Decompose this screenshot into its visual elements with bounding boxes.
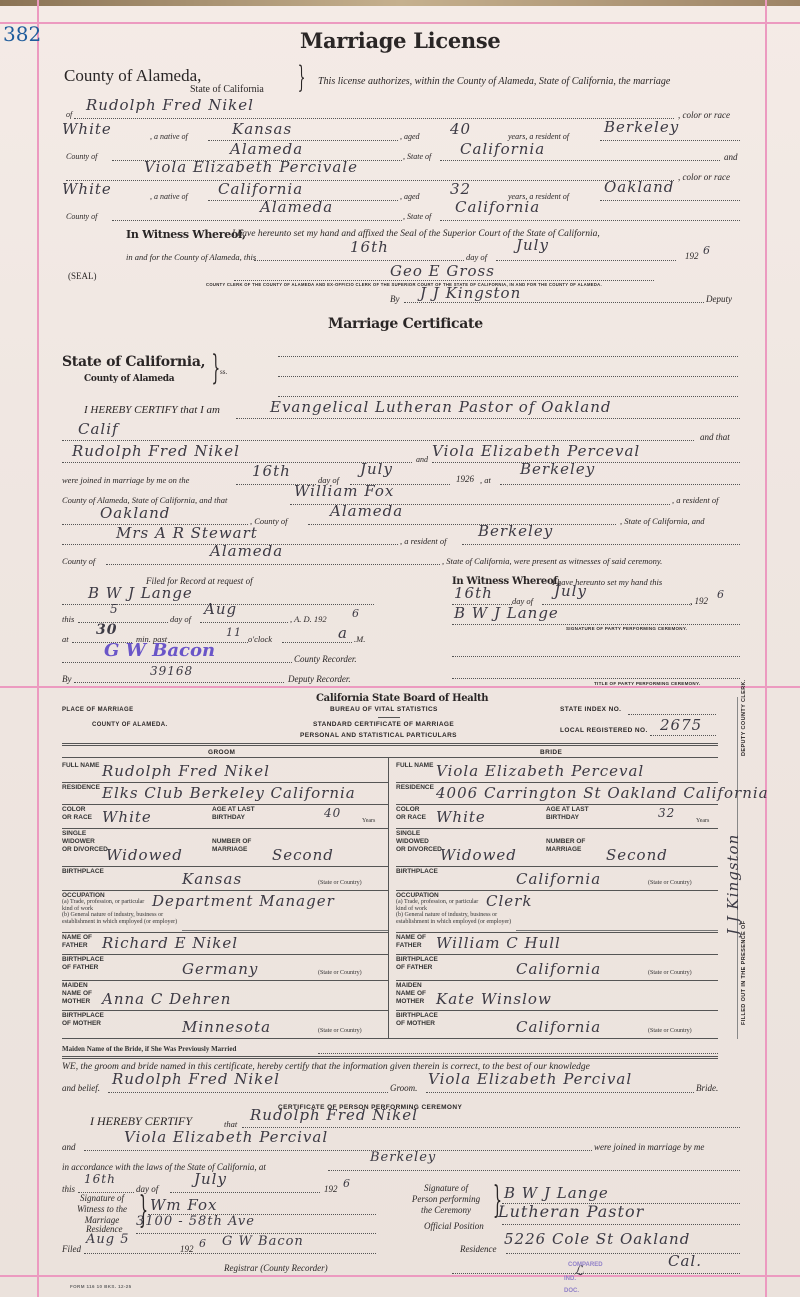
performer-signature: B W J Lange: [454, 604, 559, 622]
dotted-line: [106, 564, 440, 565]
county-alameda-label: COUNTY OF ALAMEDA.: [92, 722, 168, 728]
field-label: BIRTHDAY: [546, 814, 579, 822]
sig-person-label: Signature of Person performing the Cerem…: [404, 1183, 488, 1216]
field-label: SINGLE: [62, 830, 86, 838]
county-recorder-label: County Recorder.: [294, 654, 357, 664]
dotted-line: [74, 682, 284, 683]
dotted-line: [74, 118, 674, 119]
field-label: OR RACE: [62, 814, 92, 822]
dotted-line: [170, 1192, 320, 1193]
field-rule: [62, 1010, 388, 1011]
at-label: , at: [480, 475, 491, 485]
side-label-top: DEPUTY COUNTY CLERK.: [741, 679, 747, 756]
field-label: COLOR: [62, 806, 85, 814]
dotted-line: [328, 1170, 740, 1171]
at-label: at: [62, 634, 69, 644]
bride-field-value: Viola Elizabeth Perceval: [436, 762, 644, 780]
filed-by: B W J Lange: [88, 584, 193, 602]
divider: [378, 717, 400, 718]
dotted-line: [542, 604, 692, 605]
of-label: of: [66, 110, 72, 119]
margin-line-left: [37, 0, 39, 1297]
bride-race: White: [62, 180, 112, 198]
field-label: (State or Country): [648, 1028, 692, 1035]
field-label: (State or Country): [648, 970, 692, 977]
year-prefix: 192: [685, 251, 699, 261]
field-label: BIRTHPLACE: [62, 956, 104, 964]
sig-witness-line: Witness to the: [70, 1204, 134, 1215]
clerk-title: COUNTY CLERK OF THE COUNTY OF ALAMEDA AN…: [206, 282, 602, 287]
native-of-label: , a native of: [150, 192, 188, 201]
field-label: FULL NAME: [62, 762, 99, 770]
bride-marriage-number: Second: [606, 846, 668, 864]
field-label: RESIDENCE: [396, 784, 434, 792]
groom-field-value: Department Manager: [152, 892, 335, 910]
field-label: MOTHER: [396, 998, 424, 1006]
field-label: (a) Trade, profession, or particular kin…: [396, 899, 484, 913]
bride-field-value: 4006 Carrington St Oakland California: [436, 784, 769, 802]
doc-stamp: DOC.: [564, 1288, 579, 1294]
field-rule: [62, 890, 388, 891]
field-rule: [396, 954, 718, 955]
groom-field-value: Widowed: [106, 846, 183, 864]
cert-party1: Rudolph Fred Nikel: [72, 442, 240, 460]
dotted-line: [66, 180, 674, 181]
filed-ampm: a: [338, 624, 348, 642]
witness-signature: Wm Fox: [150, 1196, 218, 1214]
dotted-line: [650, 735, 716, 736]
filed-year-suffix: 6: [352, 607, 360, 620]
dotted-line: [600, 200, 740, 201]
filed-year-suffix: 6: [199, 1237, 207, 1250]
dotted-line: [62, 440, 694, 441]
dotted-line: [112, 220, 402, 221]
field-label: (State or Country): [318, 880, 362, 887]
dotted-line: [426, 1092, 694, 1093]
form-number: FORM 116 10 BKS. 12-25: [70, 1284, 132, 1289]
dotted-line: [500, 484, 740, 485]
witness1-city: Oakland: [100, 504, 170, 522]
bride-age: 32: [658, 806, 675, 820]
bureau-label: BUREAU OF VITAL STATISTICS: [330, 706, 438, 713]
field-label: SINGLE: [396, 830, 420, 838]
side-label-bottom: FILLED OUT IN THE PRESENCE OF: [741, 921, 747, 1026]
license-month: July: [516, 236, 549, 254]
dotted-line: [600, 140, 740, 141]
aged-label: , aged: [400, 132, 420, 141]
board-title: California State Board of Health: [316, 693, 488, 704]
witness2-city: Berkeley: [478, 522, 553, 540]
groom-field-value: Germany: [182, 960, 258, 978]
field-label: OF MOTHER: [396, 1020, 435, 1028]
sign-day: 16th: [454, 584, 493, 602]
table-rule: [62, 743, 718, 746]
joined-label: were joined in marriage by me on the: [62, 475, 189, 485]
cert-place: Berkeley: [520, 460, 595, 478]
groom-field-value: Minnesota: [182, 1018, 271, 1036]
mid-rule: [0, 686, 800, 688]
cert-party2-sig: Viola Elizabeth Percival: [124, 1128, 328, 1146]
particulars-label: PERSONAL AND STATISTICAL PARTICULARS: [300, 732, 457, 739]
dotted-line: [452, 1273, 740, 1274]
field-rule: [62, 804, 388, 805]
field-label: NAME OF: [62, 934, 92, 942]
field-label: (b) General nature of industry, business…: [396, 912, 516, 926]
bride-label: Bride.: [696, 1083, 718, 1093]
year-prefix: , 192: [690, 596, 708, 606]
groom-label: Groom.: [390, 1083, 417, 1093]
filed-date: Aug 5: [86, 1232, 130, 1247]
state-of-label: , State of: [403, 152, 431, 161]
certificate-title: Marriage Certificate: [328, 316, 483, 332]
field-label: OF FATHER: [396, 964, 432, 972]
field-label: (State or Country): [318, 1028, 362, 1035]
dotted-line: [452, 624, 740, 625]
color-race-label: , color or race: [678, 172, 730, 182]
witnesses-label: , State of California, were present as w…: [442, 556, 662, 566]
dotted-line: [462, 544, 740, 545]
field-rule: [396, 866, 718, 867]
person-residence-line1: 5226 Cole St Oakland: [504, 1230, 690, 1248]
sig-witness-label: Signature of Witness to the Marriage: [70, 1193, 134, 1226]
field-rule: [396, 932, 718, 933]
native-of-label: , a native of: [150, 132, 188, 141]
bottom-rule: [0, 1275, 800, 1277]
field-rule: [62, 782, 388, 783]
bride-header: BRIDE: [540, 749, 562, 756]
dotted-line: [84, 1253, 376, 1254]
field-rule: [62, 932, 388, 933]
page-edge: [0, 0, 800, 6]
page-number: 382: [3, 22, 41, 46]
field-rule: [182, 930, 388, 931]
witness1-name: William Fox: [294, 482, 394, 500]
field-label: Years: [362, 818, 375, 825]
state-of-label: , State of: [403, 212, 431, 221]
filed-month: Aug: [204, 600, 237, 618]
field-rule: [396, 804, 718, 805]
field-rule: [62, 980, 388, 981]
field-rule: [62, 866, 388, 867]
residence-label: Residence: [460, 1244, 496, 1254]
groom-age: 40: [450, 120, 471, 138]
aged-label: , aged: [400, 192, 420, 201]
person-residence-line2: Cal.: [668, 1252, 702, 1270]
dotted-line: [496, 260, 676, 261]
field-rule: [396, 828, 718, 829]
field-label: NUMBER OF: [212, 838, 251, 846]
dotted-line: [404, 302, 704, 303]
table-rule: [62, 1038, 718, 1039]
dotted-line: [62, 662, 292, 663]
license-year-suffix: 6: [703, 244, 711, 257]
field-label: (State or Country): [318, 970, 362, 977]
field-label: MARRIAGE: [546, 846, 581, 854]
sig-person-line: Person performing: [404, 1194, 488, 1205]
field-label: BIRTHPLACE: [62, 868, 104, 876]
and-that-label: and that: [700, 432, 730, 442]
bride-state: California: [455, 198, 540, 216]
field-label: BIRTHPLACE: [396, 868, 438, 876]
field-label: COLOR: [396, 806, 419, 814]
state-and-label: , State of California, and: [620, 516, 705, 526]
authorizes-text: This license authorizes, within the Coun…: [318, 76, 670, 87]
deputy-signature: J J Kingston: [420, 284, 521, 302]
resident-of-label: , a resident of: [400, 536, 446, 546]
witness2-county: Alameda: [210, 542, 283, 560]
county-of-label: County of: [66, 212, 97, 221]
state-header: State of California: [190, 84, 264, 95]
groom-marriage-number: Second: [272, 846, 334, 864]
groom-header: GROOM: [208, 749, 235, 756]
field-label: FULL NAME: [396, 762, 433, 770]
cert-party2: Viola Elizabeth Perceval: [432, 442, 640, 460]
cert-state-header: State of California,: [62, 354, 205, 370]
brace-icon: }: [211, 348, 220, 388]
field-label: BIRTHPLACE: [62, 1012, 104, 1020]
place-of-marriage-label: PLACE OF MARRIAGE: [62, 707, 133, 713]
dotted-line: [254, 260, 464, 261]
field-rule: [516, 930, 718, 931]
field-label: FATHER: [396, 942, 422, 950]
license-title: Marriage License: [300, 28, 500, 53]
state-index-label: STATE INDEX NO.: [560, 706, 621, 713]
bride-field-value: White: [436, 808, 486, 826]
in-and-for-label: in and for the County of Alameda, this: [126, 252, 256, 262]
cert-month-sig: July: [194, 1170, 227, 1188]
dotted-line: [440, 160, 720, 161]
certify-label: I HEREBY CERTIFY that I am: [84, 404, 220, 416]
bride-resident: Oakland: [604, 178, 674, 196]
field-label: BIRTHDAY: [212, 814, 245, 822]
bride-age: 32: [450, 180, 471, 198]
bride-name: Viola Elizabeth Percivale: [144, 158, 358, 176]
filed-minutes: 30: [96, 622, 117, 638]
filed-label: Filed: [62, 1244, 81, 1254]
groom-field-value: White: [102, 808, 152, 826]
registrar-signature: G W Bacon: [222, 1234, 304, 1249]
certify-label: I HEREBY CERTIFY: [90, 1114, 192, 1129]
field-label: MARRIAGE: [212, 846, 247, 854]
by-label: By: [62, 674, 72, 684]
dotted-line: [308, 524, 616, 525]
dotted-line: [506, 1253, 740, 1254]
bride-native: California: [218, 180, 303, 198]
cert-day-sig: 16th: [84, 1172, 116, 1186]
field-rule: [396, 1010, 718, 1011]
dotted-line: [452, 656, 740, 657]
bride-field-value: Widowed: [440, 846, 517, 864]
groom-field-value: Elks Club Berkeley California: [102, 784, 356, 802]
ss-label: ss.: [220, 368, 227, 376]
groom-native: Kansas: [232, 120, 292, 138]
and-belief-label: and belief.: [62, 1083, 100, 1093]
cert-month: July: [360, 460, 393, 478]
dotted-line: [236, 418, 740, 419]
table-rule: [62, 1056, 718, 1059]
resident-of-label: , a resident of: [672, 495, 718, 505]
this-label: this: [62, 614, 74, 624]
day-of-label: day of: [466, 252, 487, 262]
witness-whereof-heading: In Witness Whereof,: [126, 228, 246, 241]
cert-county-header: County of Alameda: [84, 374, 174, 384]
dotted-line: [84, 1150, 592, 1151]
field-label: BIRTHPLACE: [396, 956, 438, 964]
ad-label: , A. D. 192: [290, 614, 327, 624]
field-label: BIRTHPLACE: [396, 1012, 438, 1020]
dotted-line: [108, 1092, 388, 1093]
filed-hour: 11: [226, 626, 242, 639]
groom-state: California: [460, 140, 545, 158]
groom-field-value: Rudolph Fred Nikel: [102, 762, 270, 780]
witness2-name: Mrs A R Stewart: [116, 524, 258, 542]
field-label: OR DIVORCED: [62, 846, 108, 854]
year-prefix: 192: [324, 1184, 338, 1194]
joined-label: were joined in marriage by me: [594, 1142, 704, 1152]
field-label: AGE AT LAST: [546, 806, 589, 814]
local-reg-value: 2675: [660, 716, 702, 734]
bride-county: Alameda: [260, 198, 333, 216]
field-label: MAIDEN: [396, 982, 422, 990]
bride-field-value: William C Hull: [436, 934, 561, 952]
sig-witness-line: Signature of: [70, 1193, 134, 1204]
groom-race: White: [62, 120, 112, 138]
m-label: .M.: [354, 634, 365, 644]
dotted-line: [278, 396, 738, 397]
bride-field-value: California: [516, 870, 601, 888]
field-rule: [62, 828, 388, 829]
registrar-label: Registrar (County Recorder): [224, 1263, 328, 1273]
dotted-line: [278, 376, 738, 377]
maiden-prev-label: Maiden Name of the Bride, if She Was Pre…: [62, 1046, 236, 1053]
groom-age: 40: [324, 806, 341, 820]
officiant-title-line2: Calif: [78, 420, 119, 438]
cert-year-suffix: 6: [343, 1177, 351, 1190]
and-label: and: [724, 152, 738, 162]
field-rule: [396, 782, 718, 783]
performer-sig-label: SIGNATURE OF PARTY PERFORMING CEREMONY.: [566, 626, 687, 631]
and-label: and: [62, 1142, 76, 1152]
county-of-label: County of: [66, 152, 97, 161]
brace-icon: }: [298, 60, 306, 95]
dotted-line: [282, 642, 352, 643]
field-label: AGE AT LAST: [212, 806, 255, 814]
local-reg-label: LOCAL REGISTERED NO.: [560, 727, 648, 734]
field-label: WIDOWED: [396, 838, 429, 846]
field-label: (a) Trade, profession, or particular kin…: [62, 899, 150, 913]
groom-county: Alameda: [230, 140, 303, 158]
field-label: NAME OF: [62, 990, 92, 998]
year-prefix: 192: [180, 1244, 194, 1254]
filed-day: 5: [110, 602, 119, 616]
record-page: 382 Marriage License County of Alameda, …: [0, 0, 800, 1297]
field-label: NAME OF: [396, 990, 426, 998]
witness1-county: Alameda: [330, 502, 403, 520]
groom-field-value: Kansas: [182, 870, 242, 888]
clerk-signature: Geo E Gross: [390, 262, 495, 280]
sig-person-line: Signature of: [404, 1183, 488, 1194]
margin-line-right: [765, 0, 767, 1297]
deputy-recorder-label: Deputy Recorder.: [288, 674, 351, 684]
seal-label: (SEAL): [68, 271, 97, 281]
record-number: 39168: [150, 664, 193, 678]
field-label: OF FATHER: [62, 964, 98, 972]
bride-signature: Viola Elizabeth Percival: [428, 1070, 632, 1088]
dotted-line: [234, 280, 654, 281]
groom-resident: Berkeley: [604, 118, 679, 136]
by-label: By: [390, 294, 400, 304]
cert-party1-sig: Rudolph Fred Nikel: [250, 1106, 418, 1124]
groom-signature: Rudolph Fred Nikel: [112, 1070, 280, 1088]
field-rule: [396, 890, 718, 891]
dotted-line: [278, 356, 738, 357]
field-label: OR DIVORCED: [396, 846, 442, 854]
top-rule: [0, 22, 800, 24]
bride-field-value: Kate Winslow: [436, 990, 552, 1008]
deputy-label: Deputy: [706, 294, 732, 304]
day-of-label: day of: [170, 614, 191, 624]
initials: ℒ: [574, 1264, 584, 1279]
field-label: NUMBER OF: [546, 838, 585, 846]
table-rule: [62, 757, 718, 758]
dotted-line: [502, 1224, 740, 1225]
person-signature: B W J Lange: [504, 1184, 609, 1202]
oclock-label: o'clock: [248, 634, 272, 644]
performer-title-label: TITLE OF PARTY PERFORMING CEREMONY.: [594, 681, 700, 686]
bride-field-value: California: [516, 1018, 601, 1036]
and-label: and: [416, 455, 428, 464]
county-header: County of Alameda,: [64, 66, 201, 86]
field-rule: [62, 954, 388, 955]
groom-field-value: Richard E Nikel: [102, 934, 238, 952]
field-label: OF MOTHER: [62, 1020, 101, 1028]
officiant-title-line1: Evangelical Lutheran Pastor of Oakland: [270, 398, 611, 416]
field-label: OR RACE: [396, 814, 426, 822]
field-label: (b) General nature of industry, business…: [62, 912, 182, 926]
official-position: Lutheran Pastor: [498, 1202, 644, 1221]
cert-place-sig: Berkeley: [370, 1150, 436, 1165]
side-signature: J J Kingston: [724, 834, 742, 935]
groom-field-value: Anna C Dehren: [102, 990, 231, 1008]
dotted-line: [318, 1053, 718, 1054]
sig-person-line: the Ceremony: [404, 1205, 488, 1216]
groom-name: Rudolph Fred Nikel: [86, 96, 254, 114]
field-label: Years: [696, 818, 709, 825]
sign-year-suffix: 6: [717, 588, 725, 601]
dotted-line: [452, 678, 740, 679]
color-race-label: , color or race: [678, 110, 730, 120]
column-divider: [388, 757, 389, 1039]
field-label: FATHER: [62, 942, 88, 950]
cert-day: 16th: [252, 462, 291, 480]
field-label: RESIDENCE: [62, 784, 100, 792]
county-of-label: County of: [62, 556, 95, 566]
bride-field-value: Clerk: [486, 892, 532, 910]
cert-year: 1926: [456, 474, 474, 484]
official-position-label: Official Position: [424, 1221, 484, 1231]
dotted-line: [440, 220, 740, 221]
field-rule: [396, 980, 718, 981]
std-cert-label: STANDARD CERTIFICATE OF MARRIAGE: [313, 721, 454, 728]
field-label: MAIDEN: [62, 982, 88, 990]
state-index-field: [628, 714, 716, 715]
field-label: MOTHER: [62, 998, 90, 1006]
bride-field-value: California: [516, 960, 601, 978]
license-day: 16th: [350, 238, 389, 256]
sign-month: July: [554, 582, 587, 600]
recorder-stamp: G W Bacon: [104, 640, 215, 661]
dotted-line: [78, 622, 168, 623]
